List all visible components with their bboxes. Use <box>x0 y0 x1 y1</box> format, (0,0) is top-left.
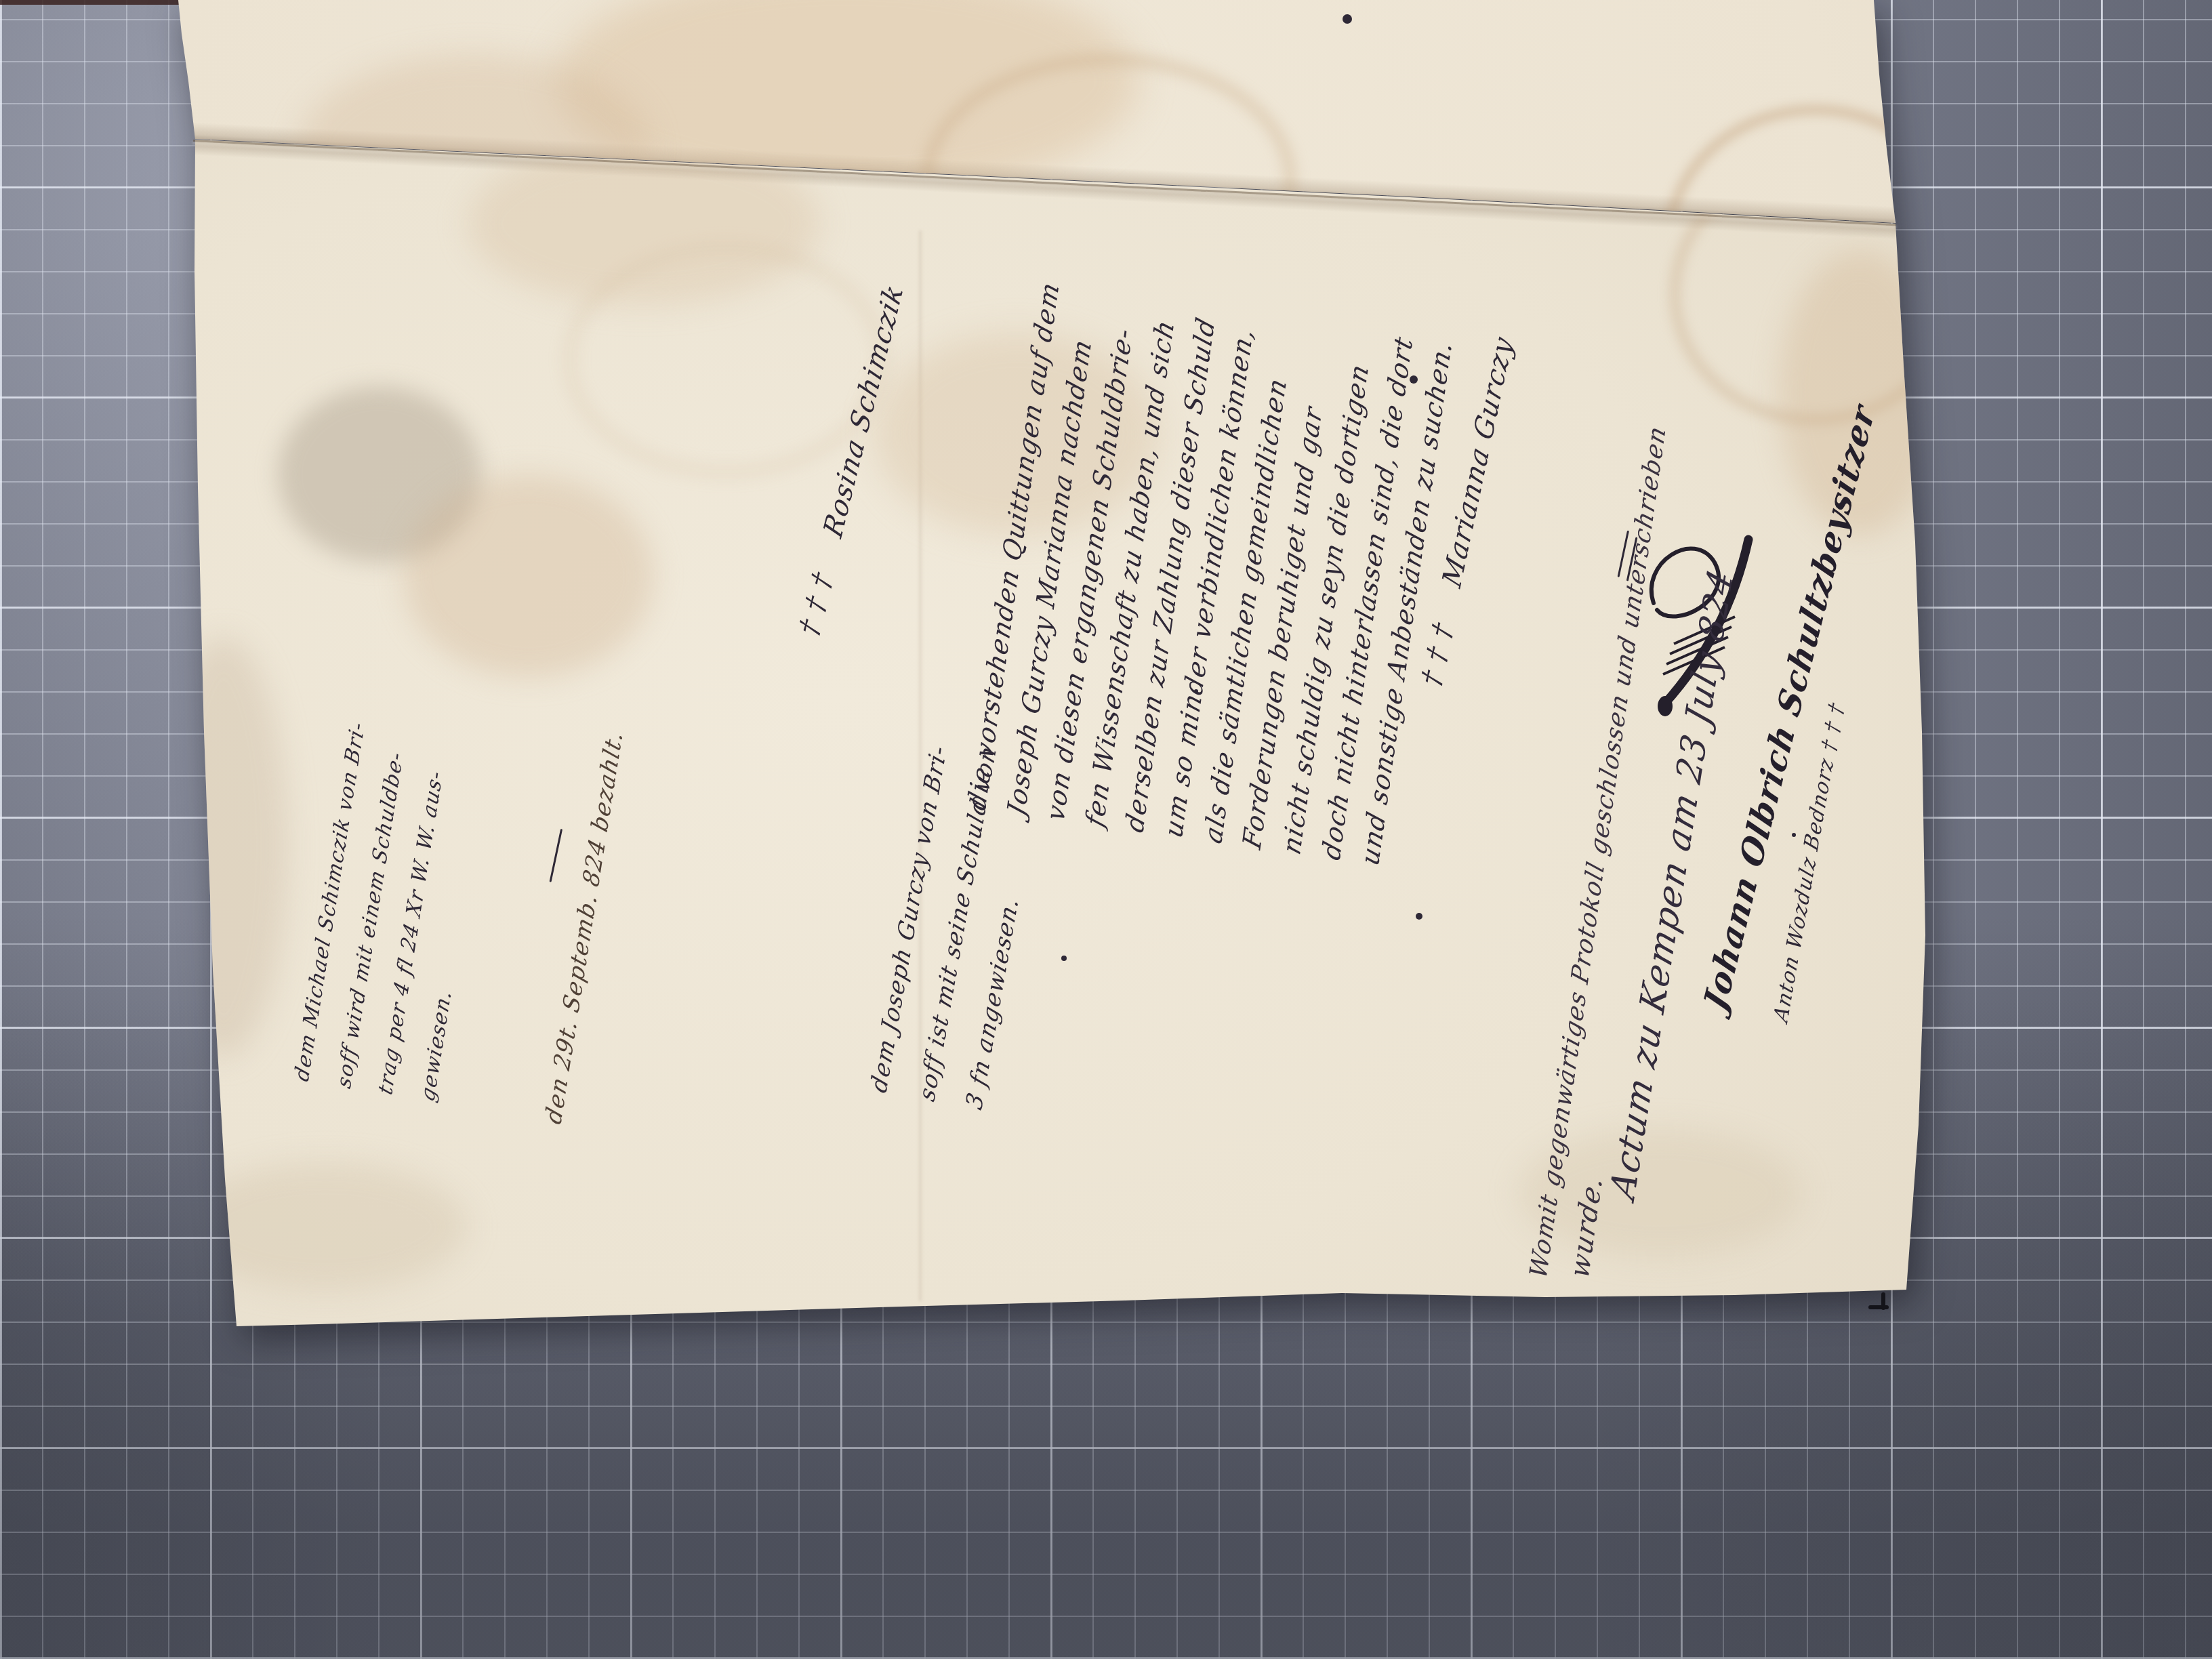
manuscript-block-inner: dem Joseph Gurczy von Bri-soff ist mit s… <box>855 767 1055 1113</box>
ink-dot <box>1061 956 1067 961</box>
manuscript-block-inner: dem Michael Schimczik von Bri-soff wird … <box>281 783 495 1104</box>
paper-sheet: dem Michael Schimczik von Bri-soff wird … <box>0 0 2212 1659</box>
paper-wrapper: dem Michael Schimczik von Bri-soff wird … <box>0 0 2212 1659</box>
manuscript-block-main-paragraph: die vorstehenden Quittungen auf demJosep… <box>957 234 1394 806</box>
paper-stain <box>403 474 654 678</box>
ink-dot <box>1410 375 1418 384</box>
manuscript-block-signature-rosina: † † † Rosina Schimczik <box>751 268 869 620</box>
ink-stroke <box>1881 1292 1885 1310</box>
manuscript-block-actum-line: Actum zu Kempen am 23 July 824 <box>1593 569 1654 1193</box>
manuscript-block-note-left: dem Michael Schimczik von Bri-soff wird … <box>281 779 451 1078</box>
paper-stain <box>183 1162 468 1291</box>
manuscript-block-inner: die vorstehenden Quittungen auf demJosep… <box>957 239 1469 867</box>
manuscript-block-note-joseph: dem Joseph Gurczy von Bri-soff ist mit s… <box>855 762 1001 1088</box>
manuscript-line: Anton Wozdulz Bednorz † † † <box>1755 715 1860 1031</box>
manuscript-block-signature-witness: Anton Wozdulz Bednorz † † † <box>1754 715 1809 1017</box>
paper-stain <box>159 637 288 1057</box>
ink-dot <box>1792 833 1796 837</box>
ink-dot <box>1343 14 1352 24</box>
ink-dot <box>1416 913 1422 920</box>
manuscript-block-inner: den 29t. Septemb. 824 bezahlt. <box>522 783 638 1128</box>
manuscript-block-payment-date: den 29t. Septemb. 824 bezahlt. <box>522 779 586 1118</box>
ink-stroke <box>1868 1305 1889 1309</box>
manuscript-block-inner: Anton Wozdulz Bednorz † † † <box>1754 720 1861 1026</box>
ink-dot <box>1194 689 1198 693</box>
manuscript-line: den 29t. Septemb. 824 bezahlt. <box>523 778 637 1134</box>
photo-canvas: dem Michael Schimczik von Bri-soff wird … <box>0 0 2212 1659</box>
manuscript-block-signature-marianna: † † † Marianna Gurczy <box>1396 288 1467 678</box>
